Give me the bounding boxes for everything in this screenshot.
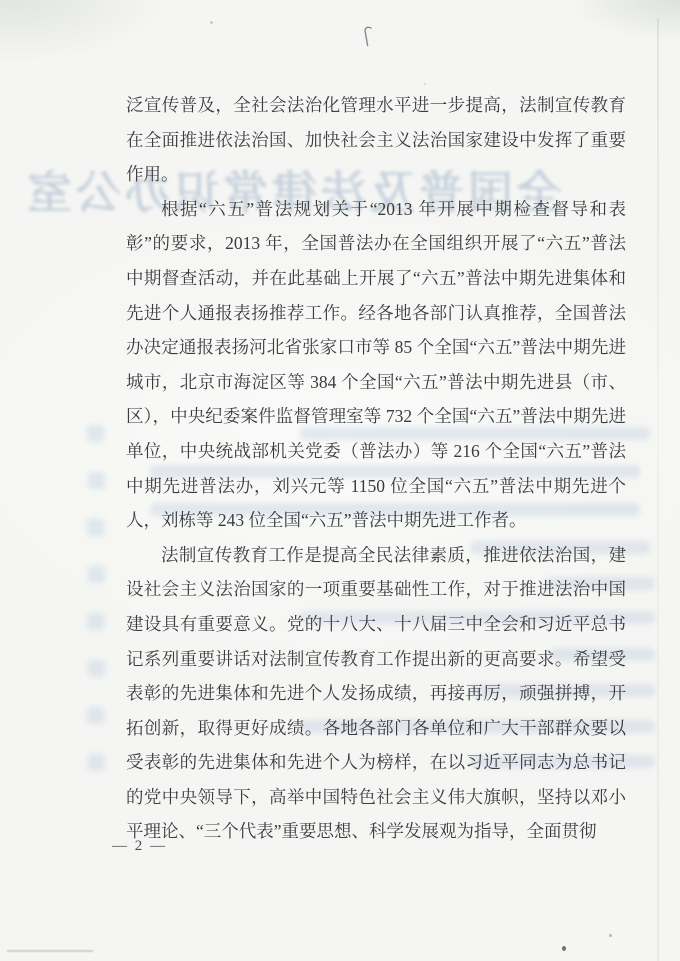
page-number: — 2 — — [112, 838, 232, 855]
body-paragraph-2: 根据“六五”普法规划关于“2013 年开展中期检查督导和表彰”的要求，2013 … — [126, 192, 626, 538]
bleedthrough-glyph — [87, 425, 104, 442]
bleedthrough-glyph — [87, 519, 104, 536]
bleedthrough-glyph — [88, 660, 105, 677]
page-edge-seam — [657, 18, 659, 961]
bleedthrough-glyph — [87, 707, 104, 724]
dust-speck — [609, 934, 612, 937]
scan-artifact-dash — [7, 950, 93, 952]
dust-speck — [424, 83, 426, 85]
bleedthrough-glyph — [87, 613, 104, 630]
dust-speck — [210, 21, 213, 24]
body-paragraph-1: 泛宣传普及，全社会法治化管理水平进一步提高，法制宣传教育在全面推进依法治国、加快… — [126, 88, 626, 192]
bleedthrough-glyph — [88, 566, 105, 583]
dust-speck — [562, 946, 566, 951]
scanned-document-page: 全国普及法律常识办公室 泛宣传普及，全社会法治化管理水平进一步提高，法制宣传教育… — [0, 0, 680, 961]
bleedthrough-glyph — [88, 472, 105, 489]
body-paragraph-3: 法制宣传教育工作是提高全民法律素质，推进依法治国，建设社会主义法治国家的一项重要… — [126, 538, 626, 849]
pen-mark — [360, 26, 376, 50]
document-body: 泛宣传普及，全社会法治化管理水平进一步提高，法制宣传教育在全面推进依法治国、加快… — [126, 88, 626, 849]
bleedthrough-glyph — [88, 754, 105, 771]
